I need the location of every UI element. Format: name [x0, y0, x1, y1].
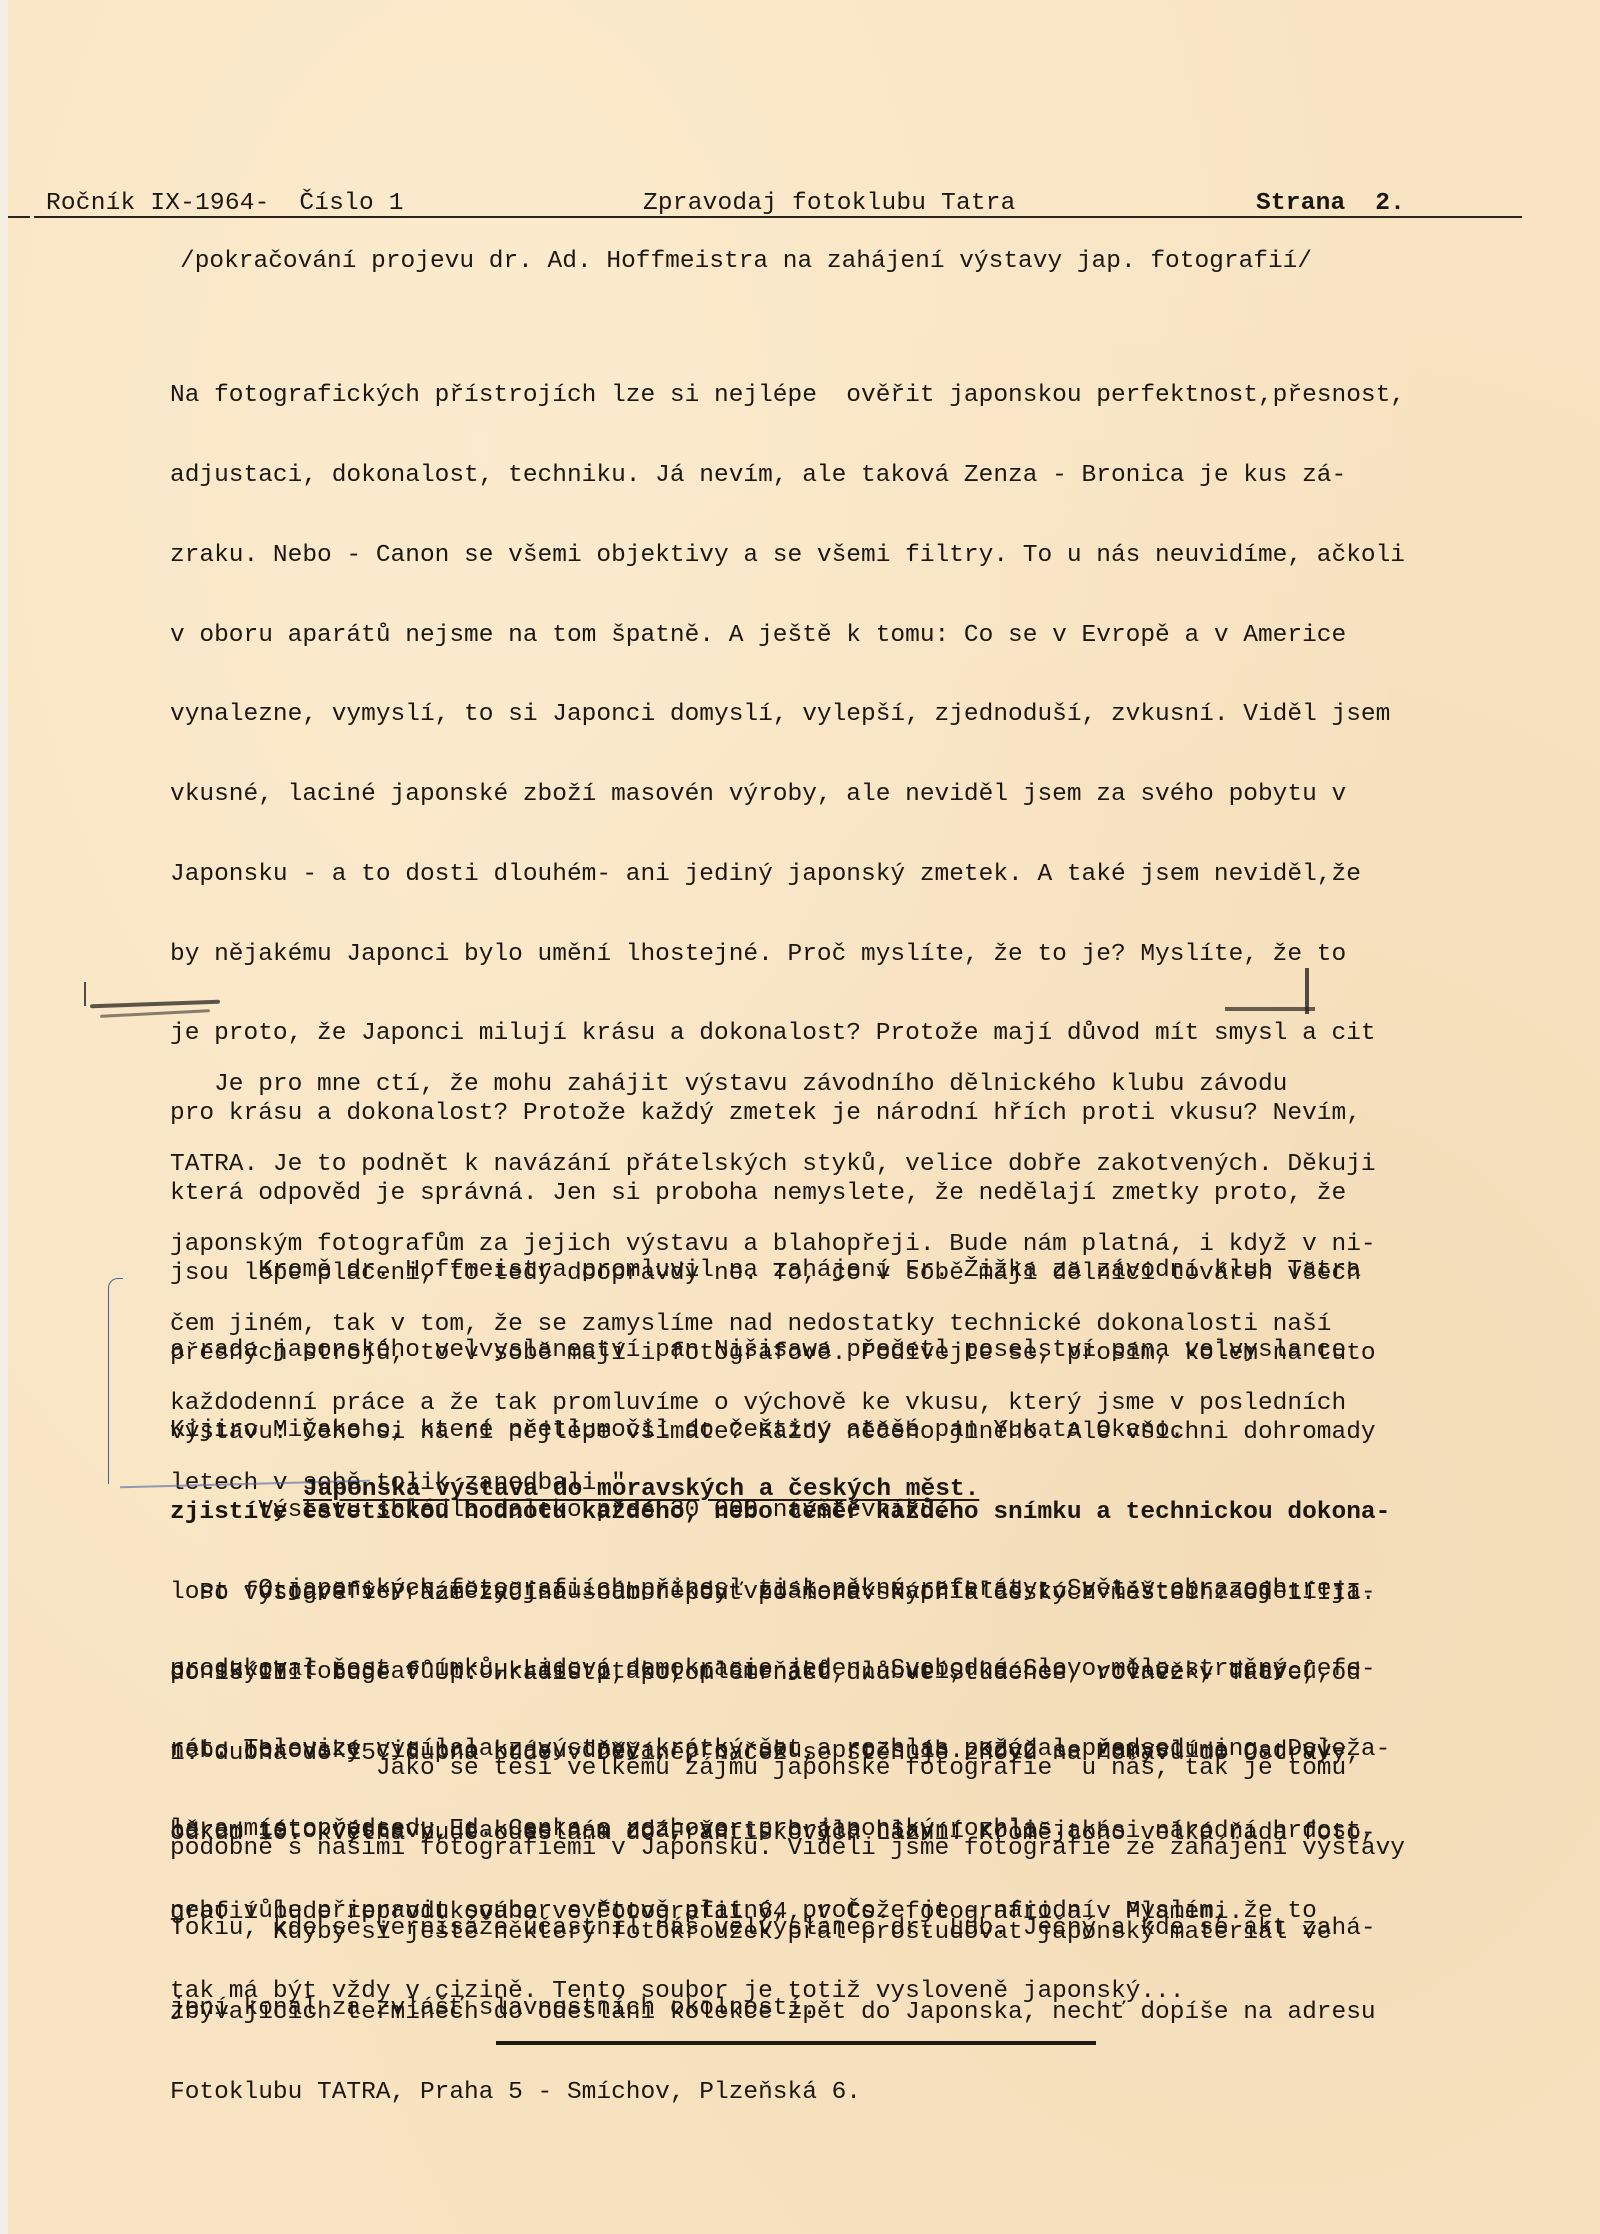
- text-line: Kdyby si ještě některý fotokroužek přál …: [170, 1920, 1590, 1947]
- text-line: zraku. Nebo - Canon se všemi objektivy a…: [170, 543, 1590, 570]
- request-paragraph: Kdyby si ještě některý fotokroužek přál …: [170, 1867, 1590, 2133]
- text-line: Kromě dr. Hoffmeistra promluvil na zaháj…: [170, 1258, 1590, 1285]
- text-line: Japonsku - a to dosti dlouhém- ani jedin…: [170, 862, 1590, 889]
- blue-pen-bracket-mark: [108, 1278, 123, 1484]
- pencil-bracket-mark: [1305, 968, 1309, 1014]
- volume-issue: Ročník IX-1964- Číslo 1: [46, 190, 404, 217]
- text-line: vynalezne, vymyslí, to si Japonci domysl…: [170, 702, 1590, 729]
- text-line: podobně s našimi fotografiemi v Japonsku…: [170, 1836, 1590, 1863]
- text-line: Je pro mne ctí, že mohu zahájit výstavu …: [170, 1072, 1590, 1099]
- text-line: Na fotografických přístrojích lze si nej…: [170, 383, 1590, 410]
- page-number: Strana 2.: [1256, 190, 1405, 217]
- text-line: Fotoklubu TATRA, Praha 5 - Smíchov, Plze…: [170, 2080, 1590, 2107]
- text-line: Po výstavě v Praze začíná soubor pouť po…: [170, 1581, 1590, 1608]
- text-line: by nějakému Japonci bylo umění lhostejné…: [170, 942, 1590, 969]
- pencil-underline-mark: [1225, 1007, 1315, 1011]
- scan-page-edge: [0, 0, 8, 2234]
- header-rule-stub: [8, 216, 30, 218]
- text-line: v oboru aparátů nejsme na tom špatně. A …: [170, 623, 1590, 650]
- section-heading: Japonská výstava do moravských a českých…: [303, 1476, 979, 1503]
- end-rule: [496, 2041, 1096, 2045]
- text-line: TATRA. Je to podnět k navázání přátelský…: [170, 1152, 1590, 1179]
- text-line: a rada japonského velvyslanectví pan Niš…: [170, 1338, 1590, 1365]
- header-rule: [34, 216, 1522, 218]
- text-line: adjustaci, dokonalost, techniku. Já neví…: [170, 463, 1590, 490]
- text-line: zbývajících termínech do odeslání kolekc…: [170, 2000, 1590, 2027]
- text-line: Kijiro Miyakeho, které přetlumočil do če…: [170, 1418, 1590, 1445]
- continuation-subtitle: /pokračování projevu dr. Ad. Hoffmeistra…: [180, 248, 1312, 275]
- text-line: do 15.III. bude v Uh. Hradišti, potom čt…: [170, 1661, 1590, 1688]
- text-line: Jako se těší velkému zájmu japonské foto…: [170, 1756, 1590, 1783]
- text-line: vkusné, laciné japonské zboží masovén vý…: [170, 782, 1590, 809]
- pencil-margin-mark: [84, 982, 86, 1006]
- newsletter-title: Zpravodaj fotoklubu Tatra: [643, 190, 1016, 217]
